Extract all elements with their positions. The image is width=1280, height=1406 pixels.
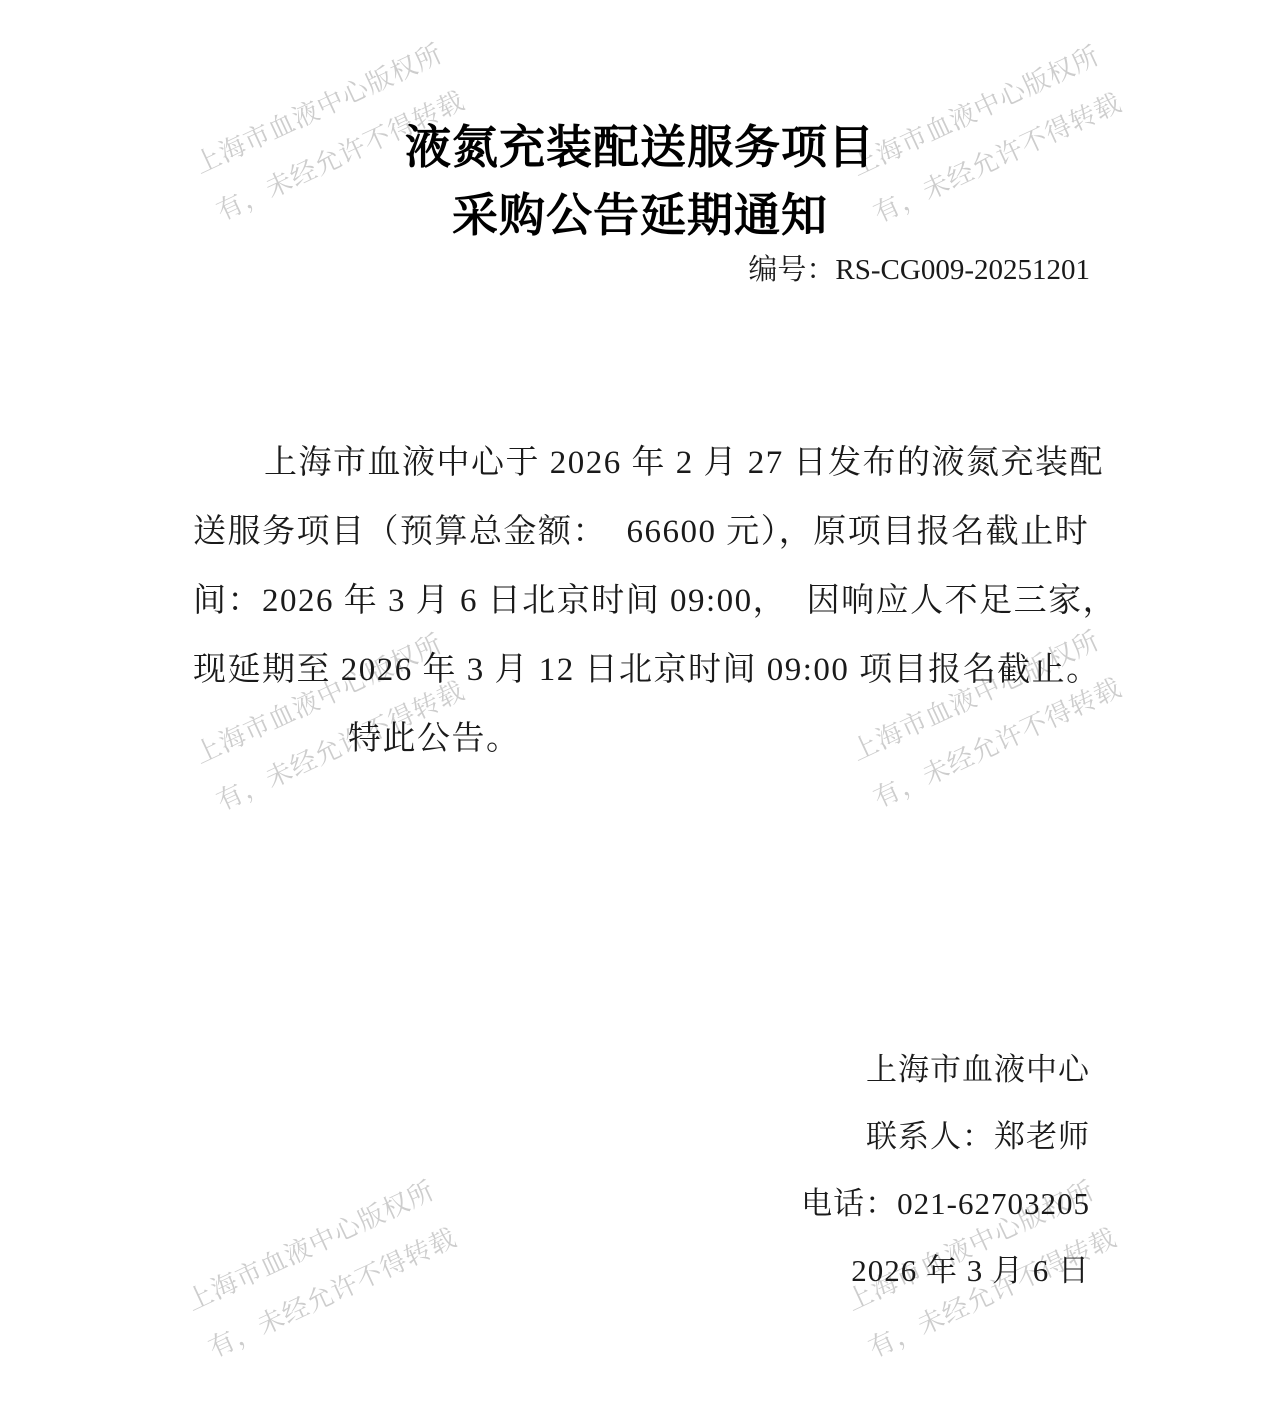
document-title-line1: 液氮充装配送服务项目	[0, 113, 1280, 181]
body-line: 特此公告。	[193, 705, 1098, 774]
notice-body: 上海市血液中心于 2026 年 2 月 27 日发布的液氮充装配 送服务项目（预…	[193, 429, 1098, 774]
signature-phone: 电话：021-62703205	[801, 1170, 1090, 1237]
body-line: 送服务项目（预算总金额： 66600 元），原项目报名截止时	[193, 498, 1098, 567]
body-line: 上海市血液中心于 2026 年 2 月 27 日发布的液氮充装配	[193, 429, 1098, 498]
signature-date: 2026 年 3 月 6 日	[801, 1237, 1090, 1304]
signature-block: 上海市血液中心 联系人：郑老师 电话：021-62703205 2026 年 3…	[801, 1036, 1090, 1304]
body-line: 间：2026 年 3 月 6 日北京时间 09:00， 因响应人不足三家，	[193, 567, 1098, 636]
document-page: 上海市血液中心版权所 有，未经允许不得转载 上海市血液中心版权所 有，未经允许不…	[0, 0, 1280, 1406]
document-title: 液氮充装配送服务项目 采购公告延期通知	[0, 113, 1280, 249]
document-content: 液氮充装配送服务项目 采购公告延期通知 编号：RS-CG009-20251201…	[0, 0, 1280, 1406]
body-line: 现延期至 2026 年 3 月 12 日北京时间 09:00 项目报名截止。	[193, 636, 1098, 705]
document-number: 编号：RS-CG009-20251201	[748, 249, 1090, 291]
signature-org: 上海市血液中心	[801, 1036, 1090, 1103]
signature-contact: 联系人：郑老师	[801, 1103, 1090, 1170]
document-title-line2: 采购公告延期通知	[0, 181, 1280, 249]
